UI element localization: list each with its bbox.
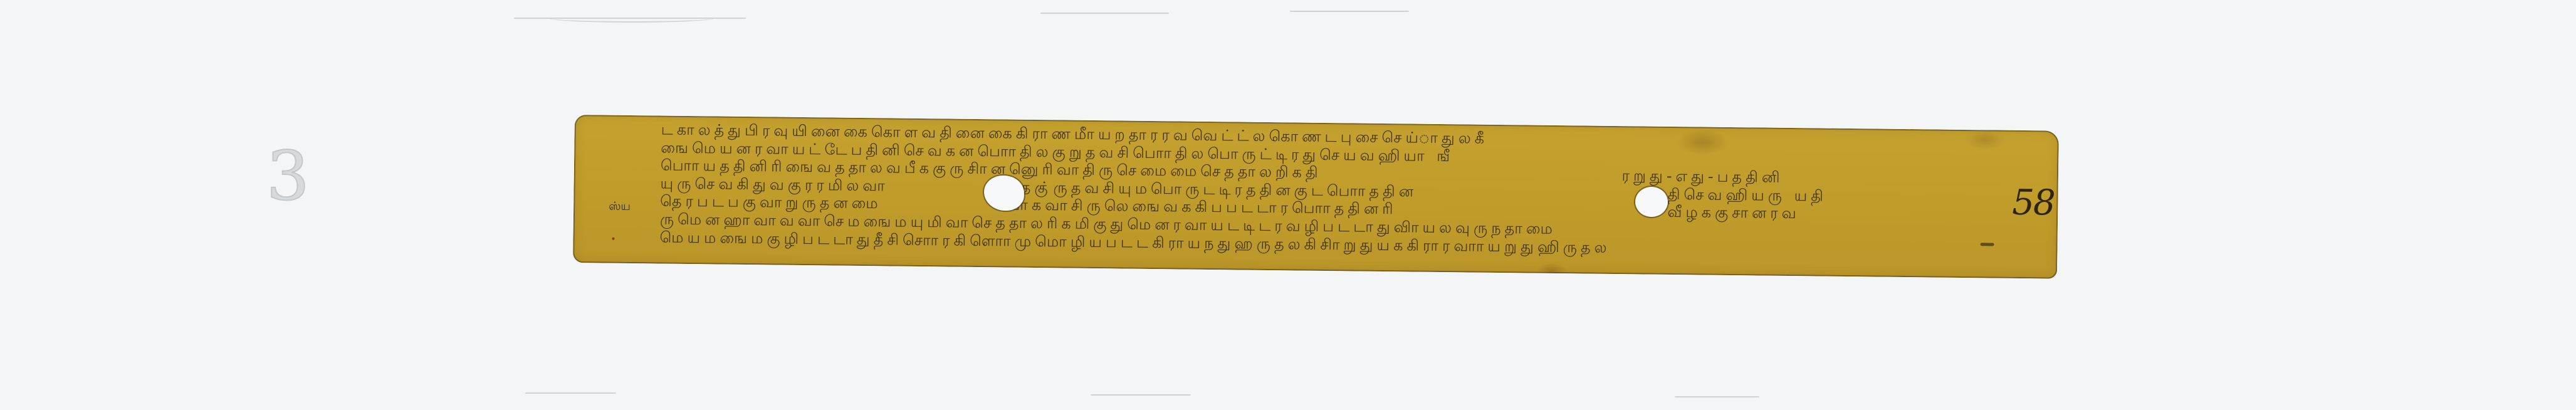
margin-mark: [612, 238, 614, 240]
pencil-folio-number: 3: [266, 143, 310, 211]
text-line-3-right: ரறுது-எது-பததினி: [1621, 167, 1783, 186]
leaf-ink-mark: [1981, 243, 1994, 246]
pencil-curve-top: [548, 14, 715, 23]
palm-leaf-manuscript: ஸ்ய டகாலத்துபிரவுயினைகைகொளவதினைகைகிராணமீ…: [573, 115, 2059, 279]
text-line-5-right: வீழககுசானரவ: [1667, 203, 1800, 222]
leaf-folio-number: 58: [2012, 182, 2055, 224]
pencil-rule-bottom-2: [1091, 394, 1191, 396]
text-line-4-right: திசெவஹியரு யதி: [1668, 186, 1827, 205]
pencil-rule-top-3: [1290, 11, 1409, 12]
left-binding-hole: [984, 176, 1024, 211]
margin-note: ஸ்ய: [609, 200, 631, 214]
pencil-rule-bottom-1: [525, 392, 616, 394]
right-binding-hole: [1635, 187, 1668, 217]
pencil-rule-bottom-3: [1675, 396, 1759, 397]
pencil-rule-top-2: [1040, 13, 1169, 14]
manuscript-text: டகாலத்துபிரவுயினைகைகொளவதினைகைகிராணமீாயறத…: [659, 120, 1964, 260]
